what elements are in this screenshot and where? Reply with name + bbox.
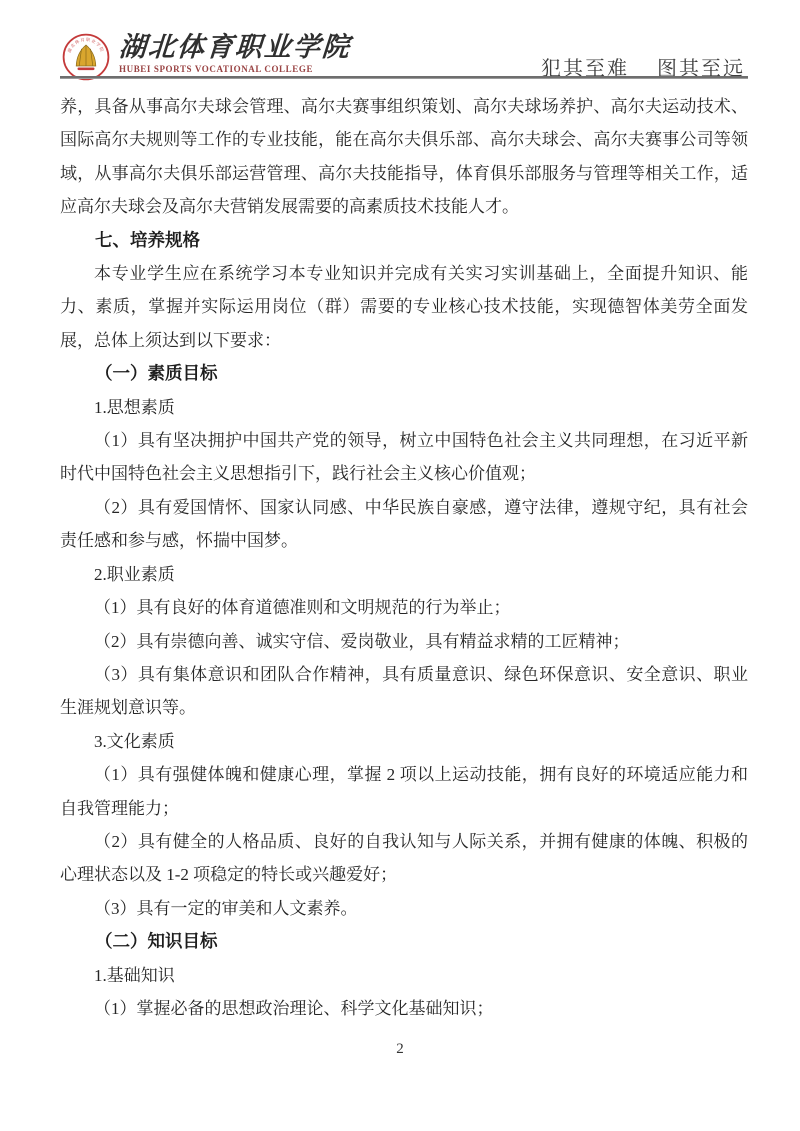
- item-wenhua-1: （1）具有强健体魄和健康心理，掌握 2 项以上运动技能，拥有良好的环境适应能力和…: [60, 758, 748, 825]
- college-name-zh: 湖北体育职业学院: [118, 32, 352, 63]
- paragraph-overview: 本专业学生应在系统学习本专业知识并完成有关实习实训基础上，全面提升知识、能力、素…: [60, 257, 748, 357]
- subheading-wenhua-suzhi: 3.文化素质: [60, 725, 748, 758]
- item-zhiye-3: （3）具有集体意识和团队合作精神，具有质量意识、绿色环保意识、安全意识、职业生涯…: [60, 658, 748, 725]
- item-zhiye-2: （2）具有崇德向善、诚实守信、爱岗敬业，具有精益求精的工匠精神；: [60, 625, 748, 658]
- item-sixiang-2: （2）具有爱国情怀、国家认同感、中华民族自豪感，遵守法律，遵规守纪，具有社会责任…: [60, 491, 748, 558]
- item-wenhua-3: （3）具有一定的审美和人文素养。: [60, 892, 748, 925]
- page-number: 2: [0, 1041, 800, 1058]
- college-name-en: HUBEI SPORTS VOCATIONAL COLLEGE: [119, 64, 351, 74]
- item-zhiye-1: （1）具有良好的体育道德准则和文明规范的行为举止；: [60, 591, 748, 624]
- paragraph-intro-continuation: 养，具备从事高尔夫球会管理、高尔夫赛事组织策划、高尔夫球场养护、高尔夫运动技术、…: [60, 90, 748, 224]
- subheading-jichu-zhishi: 1.基础知识: [60, 959, 748, 992]
- document-page: 湖北体育职业学院 湖北体育职业学院 HUBEI SPORTS VOCATIONA…: [0, 0, 800, 1131]
- document-body: 养，具备从事高尔夫球会管理、高尔夫赛事组织策划、高尔夫球场养护、高尔夫运动技术、…: [60, 90, 748, 1025]
- college-name-block: 湖北体育职业学院 HUBEI SPORTS VOCATIONAL COLLEGE: [119, 32, 351, 74]
- section-heading-7-peiyang-guige: 七、培养规格: [60, 224, 748, 257]
- header-rule: [60, 76, 748, 79]
- subsection-heading-1-suzhi-mubiao: （一）素质目标: [60, 357, 748, 390]
- subsection-heading-2-zhishi-mubiao: （二）知识目标: [60, 925, 748, 958]
- subheading-sixiang-suzhi: 1.思想素质: [60, 391, 748, 424]
- item-sixiang-1: （1）具有坚决拥护中国共产党的领导，树立中国特色社会主义共同理想，在习近平新时代…: [60, 424, 748, 491]
- item-wenhua-2: （2）具有健全的人格品质、良好的自我认知与人际关系，并拥有健康的体魄、积极的心理…: [60, 825, 748, 892]
- page-header: 湖北体育职业学院 湖北体育职业学院 HUBEI SPORTS VOCATIONA…: [0, 0, 800, 90]
- college-seal-icon: 湖北体育职业学院: [62, 33, 110, 81]
- item-jichu-1: （1）掌握必备的思想政治理论、科学文化基础知识；: [60, 992, 748, 1025]
- subheading-zhiye-suzhi: 2.职业素质: [60, 558, 748, 591]
